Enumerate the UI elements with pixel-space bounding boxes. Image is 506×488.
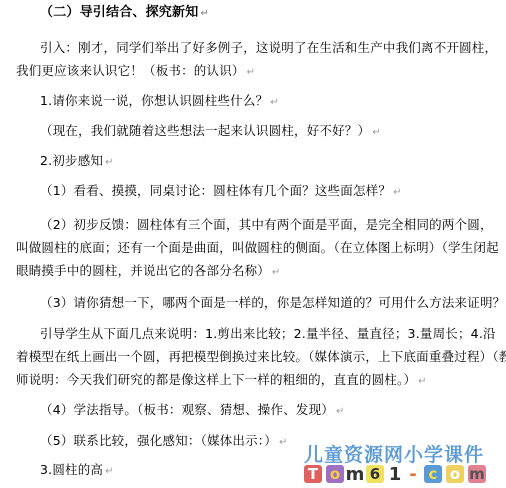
paragraph-line: 着模型在纸上画出一个圆，再把模型倒换过来比较。（媒体演示，上下底面重叠过程）（教 [16,349,506,365]
paragraph-line: 2.初步感知↵ [40,153,114,171]
paragraph-line: 眼睛摸手中的圆柱，并说出它的各部分名称）↵ [16,263,281,281]
paragraph-line: 我们更应该来认识它！（板书：的认识）↵ [16,63,255,81]
paragraph-line: 1.请你来说一说，你想认识圆柱些什么？↵ [40,93,279,111]
paragraph-line: 师说明：今天我们研究的都是像这样上下一样的粗细的，直直的圆柱。）↵ [16,372,427,390]
watermark-logo: 儿童资源网小学课件 T o m 6 1 - c o m [302,440,506,488]
logo-tile: c [424,465,442,483]
logo-tile: o [326,465,344,483]
logo-letter: - [406,465,420,483]
paragraph-line: （3）请你猜想一下，哪两个面是一样的，你是怎样知道的？可用什么方法来证明？↵ [40,295,506,313]
paragraph-line: 引入：刚才，同学们举出了好多例子，这说明了在生活和生产中我们离不开圆柱， [40,40,497,56]
logo-tile: m [468,465,486,483]
paragraph-line: （现在，我们就随着这些想法一起来认识圆柱，好不好？）↵ [40,123,381,141]
paragraph-line: （5）联系比较，强化感知：（媒体出示：）↵ [40,433,288,451]
paragraph-line: 叫做圆柱的底面；还有一个面是曲面，叫做圆柱的侧面。（在立体图上标明）（学生闭起 [16,240,499,256]
paragraph-line: （1）看看、摸摸，同桌讨论：圆柱体有几个面？这些面怎样？↵ [40,183,402,201]
section-heading: （二）导引结合、探究新知↵ [40,5,209,22]
logo-tile: 6 [366,465,384,483]
paragraph-line: 3.圆柱的高↵ [40,462,114,480]
logo-tile: o [446,465,464,483]
logo-tile: T [304,465,322,483]
paragraph-line: （4）学法指导。（板书：观察、猜想、操作、发现）↵ [40,402,345,420]
paragraph-line: 引导学生从下面几点来说明：1.剪出来比较；2.量半径、量直径；3.量周长；4.沿 [40,326,496,342]
logo-letter: m [348,465,362,483]
watermark-url-tiles: T o m 6 1 - c o m [304,465,486,483]
logo-letter: 1 [388,465,402,483]
paragraph-line: （2）初步反馈：圆柱体有三个面，其中有两个面是平面，是完全相同的两个圆， [40,217,493,233]
